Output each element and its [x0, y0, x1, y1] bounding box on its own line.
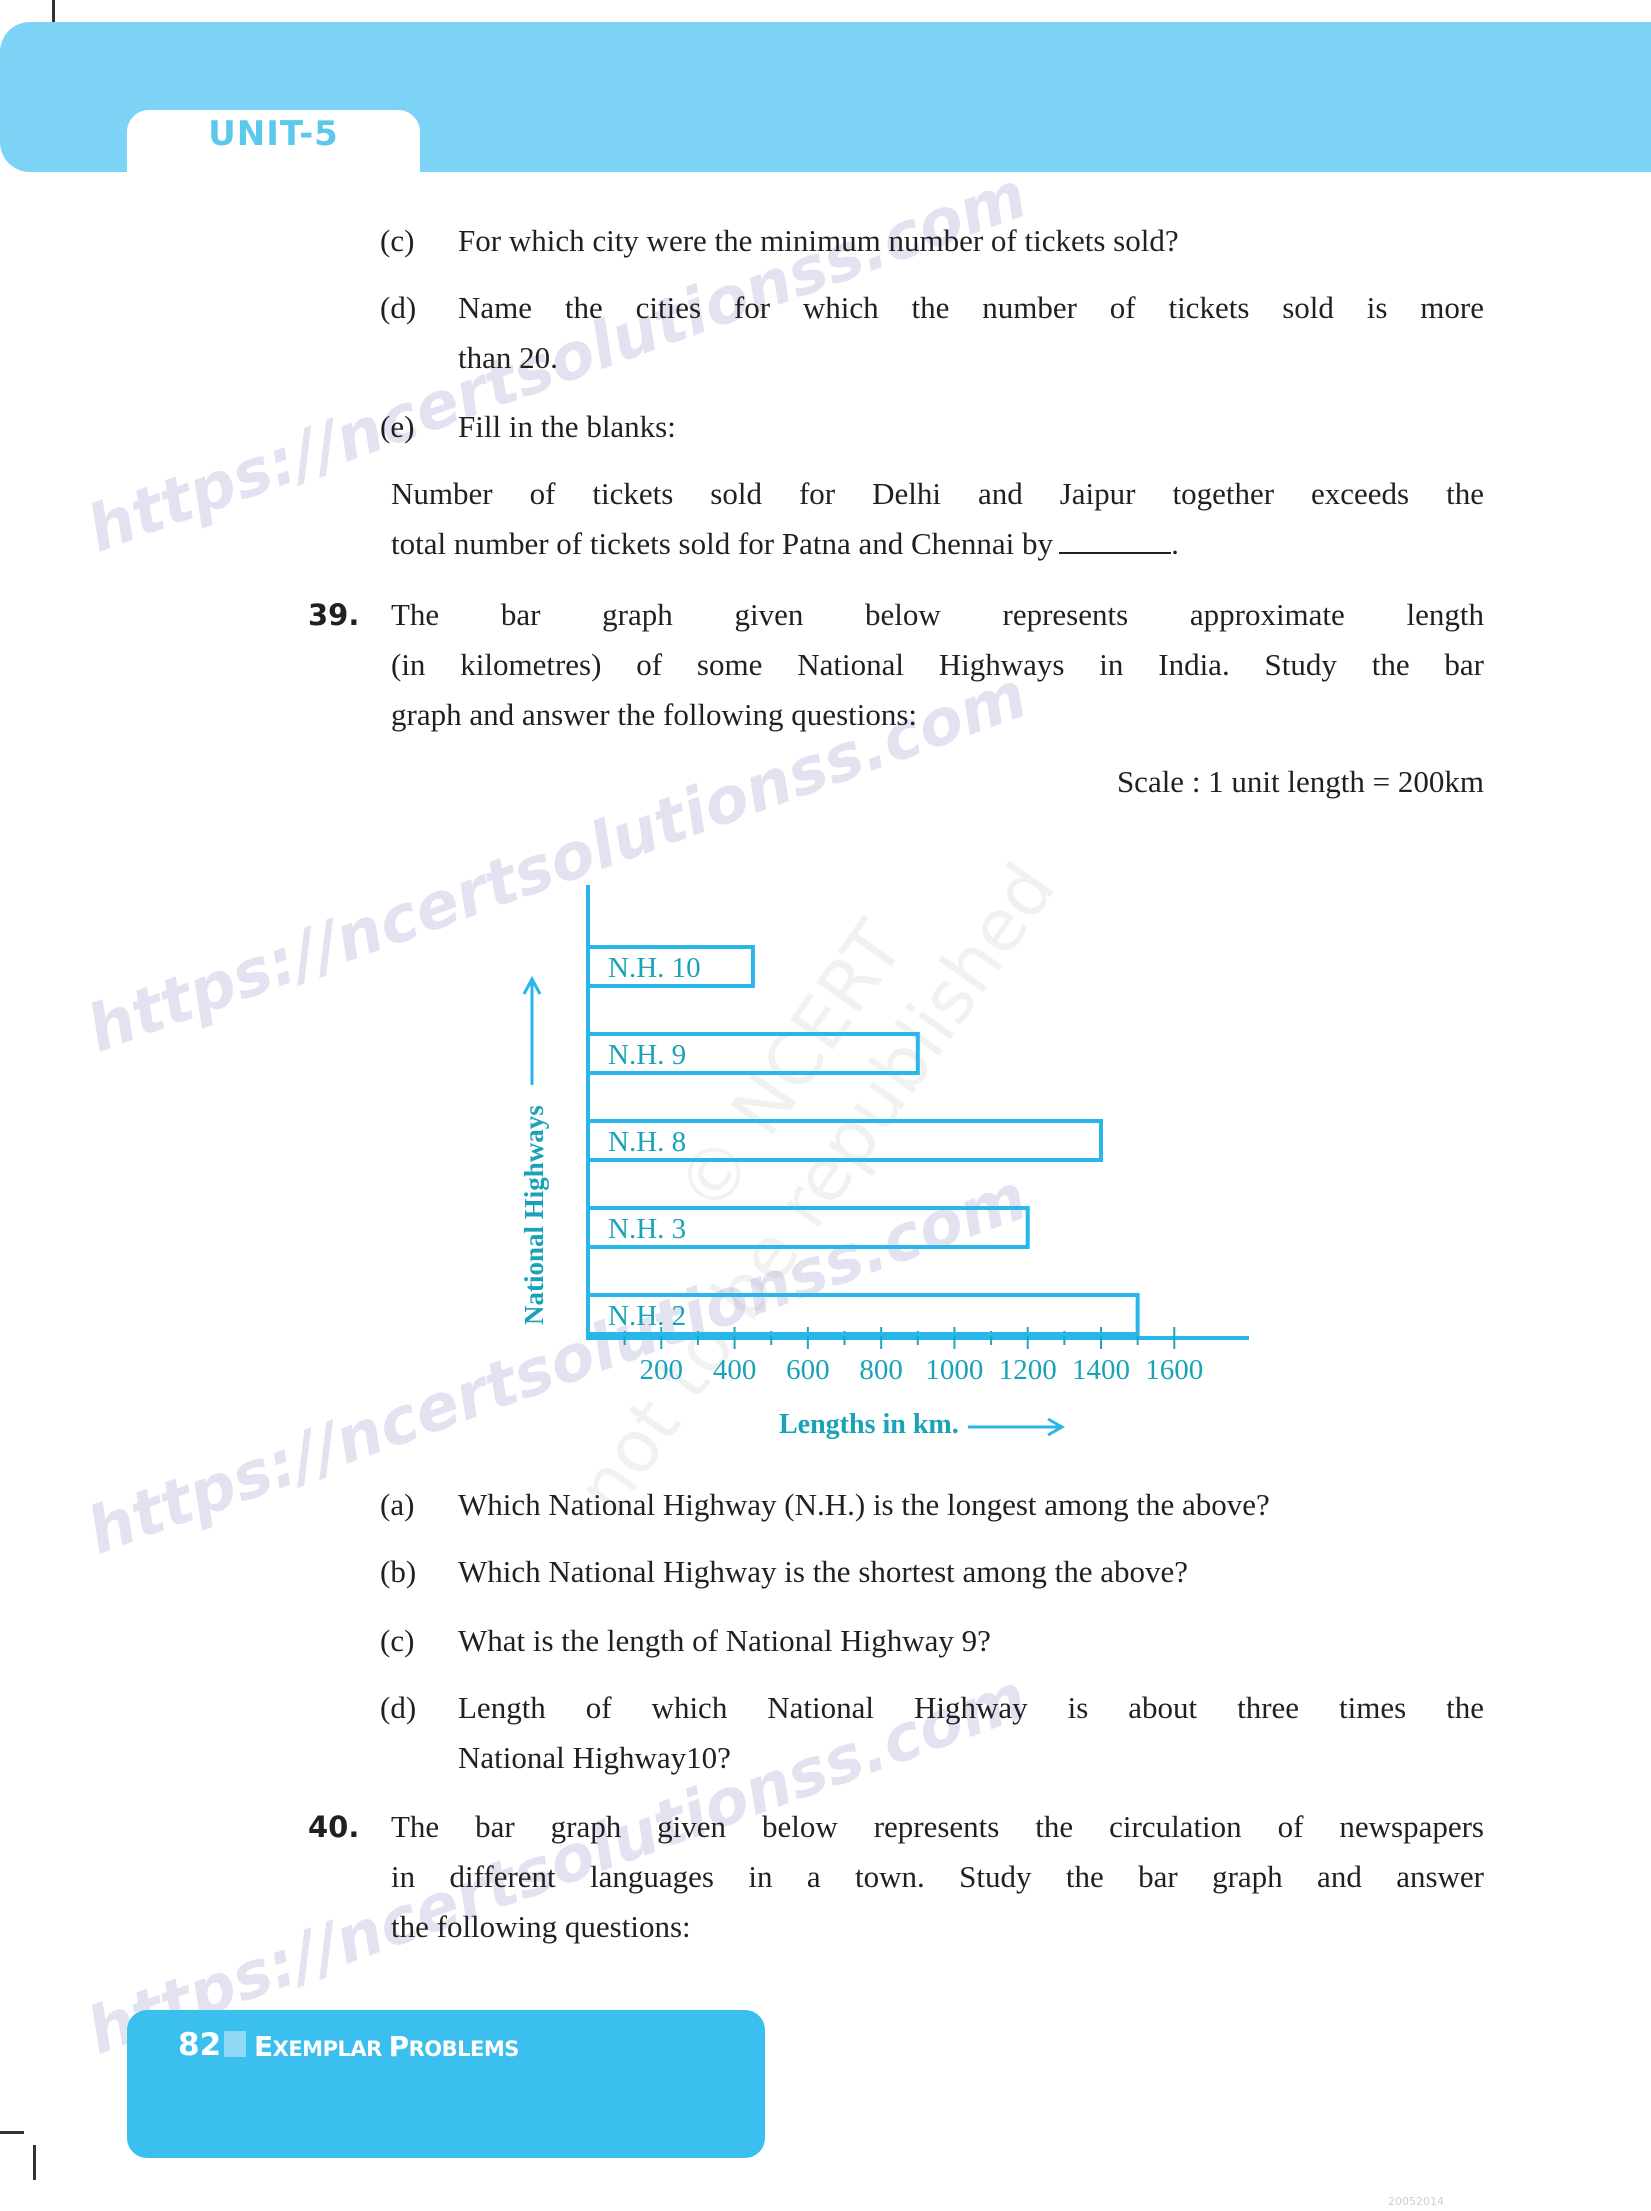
x-axis-arrowhead: [1048, 1419, 1062, 1435]
sub-question-label: (a): [380, 1480, 414, 1530]
sub-question-text: Fill in the blanks:: [458, 402, 1484, 452]
x-tick-label: 1600: [1145, 1354, 1203, 1386]
sub-question-text: For which city were the minimum number o…: [458, 216, 1484, 266]
fill-blank-paragraph: total number of tickets sold for Patna a…: [391, 519, 1484, 569]
fill-blank-paragraph: Number of tickets sold for Delhi and Jai…: [391, 469, 1484, 519]
x-axis-label: Lengths in km.: [779, 1409, 959, 1440]
book-title-cap: P: [389, 2030, 409, 2063]
fill-blank-text: total number of tickets sold for Patna a…: [391, 526, 1053, 561]
crop-mark: [33, 2145, 36, 2180]
y-axis-label: National Highways: [519, 1105, 549, 1325]
sub-question-label: (d): [380, 283, 416, 333]
question-text: (in kilometres) of some National Highway…: [391, 640, 1484, 690]
book-title: EXEMPLAR PROBLEMS: [254, 2030, 519, 2063]
bar: [588, 1295, 1138, 1334]
bar-label: N.H. 9: [608, 1039, 686, 1071]
x-tick-label: 1200: [999, 1354, 1057, 1386]
unit-label: UNIT-5: [127, 114, 420, 154]
question-number: 39.: [308, 590, 359, 640]
sub-question-label: (c): [380, 1616, 414, 1666]
bar-label: N.H. 3: [608, 1213, 686, 1245]
book-title-rest: XEMPLAR: [273, 2037, 389, 2061]
sub-question-text: Which National Highway is the shortest a…: [458, 1547, 1484, 1597]
sub-question-label: (d): [380, 1683, 416, 1733]
y-axis-arrowhead: [524, 979, 540, 994]
question-text: The bar graph given below represents the…: [391, 1802, 1484, 1852]
watermark-ncert: © NCERT: [660, 907, 920, 1228]
sub-question-text: National Highway10?: [458, 1733, 1484, 1783]
sub-question-text: Name the cities for which the number of …: [458, 283, 1484, 333]
sub-question-label: (e): [380, 402, 414, 452]
question-number: 40.: [308, 1802, 359, 1852]
bar-label: N.H. 8: [608, 1126, 686, 1158]
question-text: in different languages in a town. Study …: [391, 1852, 1484, 1902]
x-tick-label: 1400: [1072, 1354, 1130, 1386]
footer-square-icon: [224, 2031, 246, 2057]
watermark-ncert: not to be republished: [560, 848, 1071, 1528]
sub-question-label: (b): [380, 1547, 416, 1597]
book-title-rest: ROBLEMS: [409, 2037, 519, 2061]
bar-label: N.H. 2: [608, 1300, 686, 1332]
sub-question-text: What is the length of National Highway 9…: [458, 1616, 1484, 1666]
sub-question-label: (c): [380, 216, 414, 266]
question-text: the following questions:: [391, 1902, 1484, 1952]
sub-question-text: Which National Highway (N.H.) is the lon…: [458, 1480, 1484, 1530]
bar: [588, 1208, 1028, 1247]
page-number: 82: [178, 2027, 221, 2063]
book-title-cap: E: [254, 2030, 273, 2063]
bar-label: N.H. 10: [608, 952, 701, 984]
fill-blank-end: .: [1171, 526, 1179, 561]
x-tick-label: 1000: [925, 1354, 983, 1386]
print-code: 20052014: [1388, 2195, 1444, 2208]
bar: [588, 947, 753, 986]
crop-mark: [0, 2131, 24, 2134]
bar: [588, 1034, 918, 1073]
x-tick-label: 400: [713, 1354, 757, 1386]
question-text: The bar graph given below represents app…: [391, 590, 1484, 640]
answer-blank: [1059, 528, 1171, 554]
bar: [588, 1121, 1101, 1160]
question-text: graph and answer the following questions…: [391, 690, 1484, 740]
x-tick-label: 600: [786, 1354, 830, 1386]
x-tick-label: 800: [859, 1354, 903, 1386]
x-tick-label: 200: [640, 1354, 684, 1386]
sub-question-text: than 20.: [458, 333, 1484, 383]
scale-note: Scale : 1 unit length = 200km: [1117, 757, 1484, 807]
sub-question-text: Length of which National Highway is abou…: [458, 1683, 1484, 1733]
